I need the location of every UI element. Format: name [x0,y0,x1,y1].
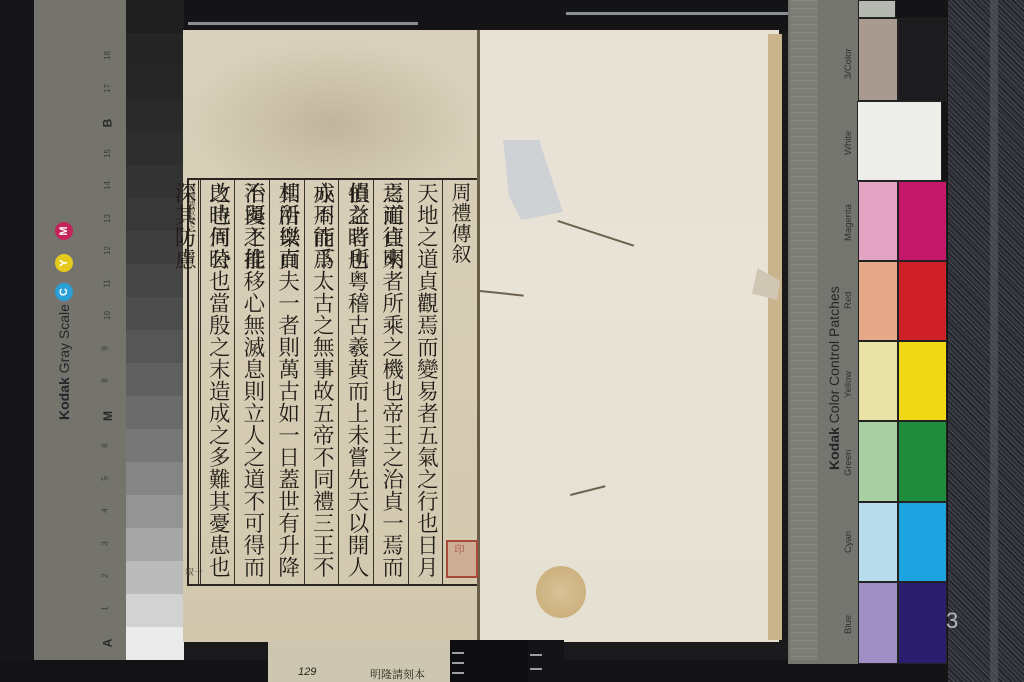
patch-label: 3/Color [843,48,854,79]
gray-step [126,132,184,165]
magenta-badge-icon: M [55,222,73,240]
gray-step [126,528,184,561]
gray-step [126,429,184,462]
gray-scale-tick: 6 [101,443,110,447]
gray-scale-tick: B [100,119,114,128]
bottom-ruler [450,640,530,682]
gray-step [126,495,184,528]
patch-red-light [858,261,898,341]
gray-step [126,627,184,660]
gray-step [126,33,184,66]
patch-gray-top [858,0,896,18]
gray-scale-tick: 15 [103,149,112,158]
gray-step [126,99,184,132]
catalog-label: 129 明隆請刻本 [268,642,452,682]
gray-step [126,363,184,396]
gray-scale-tick: 17 [103,84,112,93]
patch-label: Blue [843,615,854,634]
catalog-number: 129 [298,666,316,678]
top-ruler-right [566,12,790,15]
patch-label: Magenta [843,204,854,241]
patch-magenta-light [858,181,898,261]
gray-scale-tick: 9 [101,346,110,350]
patch-magenta-dark [898,181,947,261]
patch-cyan-light [858,502,898,582]
patch-label: Red [843,292,854,309]
gray-step [126,594,184,627]
patch-label: Yellow [843,371,854,398]
background-frame-edge [990,0,998,682]
text-column: 天地之道貞觀焉而變易者五氣之行也日月之道貞明 [408,180,443,584]
patch-label: Green [843,449,854,475]
background-top [180,0,790,32]
gray-scale-tick: 11 [103,279,112,287]
patch-label: White [843,131,854,155]
yellow-badge-icon: Y [55,254,73,272]
patch-label: Cyan [843,531,854,553]
top-ruler-left [188,22,418,25]
right-page [479,30,779,642]
patch-red-dark [898,261,947,341]
background-fabric [948,0,1024,682]
gray-scale-tick: 13 [103,214,112,223]
gray-step [126,462,184,495]
gray-scale-tick: 1 [101,606,110,610]
corner-number: 3 [946,608,958,634]
patch-3-color-light [858,18,898,101]
gray-scale-tick: 10 [103,311,112,320]
gray-scale-tick: 8 [101,378,110,382]
gray-step [126,297,184,330]
color-card-title: Kodak Color Control Patches [826,286,842,470]
gray-scale-title: Kodak Gray Scale [56,304,72,420]
water-stain-bottom [536,566,586,618]
gray-scale-tick: 18 [103,51,112,60]
patch-white [857,101,942,181]
gray-scale-tick: M [101,411,115,421]
patch-blue-light [858,582,898,664]
gray-step [126,396,184,429]
patch-green-dark [898,421,947,502]
gray-scale-tick: 14 [103,181,112,190]
background-left [0,0,36,682]
patch-yellow-dark [898,341,947,421]
gray-scale-ruler [34,0,126,660]
gray-scale-tick: 4 [101,508,110,512]
water-stain-top [186,40,476,180]
gray-step [126,0,184,33]
catalog-title: 明隆請刻本 [370,666,425,682]
gray-scale-tick: 12 [103,246,112,255]
cyan-badge-icon: C [55,283,73,301]
patch-blue-dark [898,582,947,664]
right-page-edge [768,34,782,640]
patch-yellow-light [858,341,898,421]
bottom-ruler-right [528,640,564,682]
red-seal-stamp: 印 [446,540,478,578]
gray-step [126,330,184,363]
patch-green-light [858,421,898,502]
gray-scale-tick: 2 [101,573,110,577]
gray-scale-tick: 5 [101,476,110,480]
gray-step [126,561,184,594]
patch-cyan-dark [898,502,947,582]
patch-3-color-dark [898,18,947,101]
gray-scale-tick: A [100,639,114,648]
gray-scale-steps [126,0,184,660]
text-columns: 周禮傳叙 天地之道貞觀焉而變易者五氣之行也日月之道貞明 焉而往來者所乘之機也帝王… [199,180,477,584]
gray-scale-tick: 3 [101,541,110,545]
gray-step [126,66,184,99]
color-card-ruler [790,0,818,660]
title-column: 周禮傳叙 [442,180,477,584]
